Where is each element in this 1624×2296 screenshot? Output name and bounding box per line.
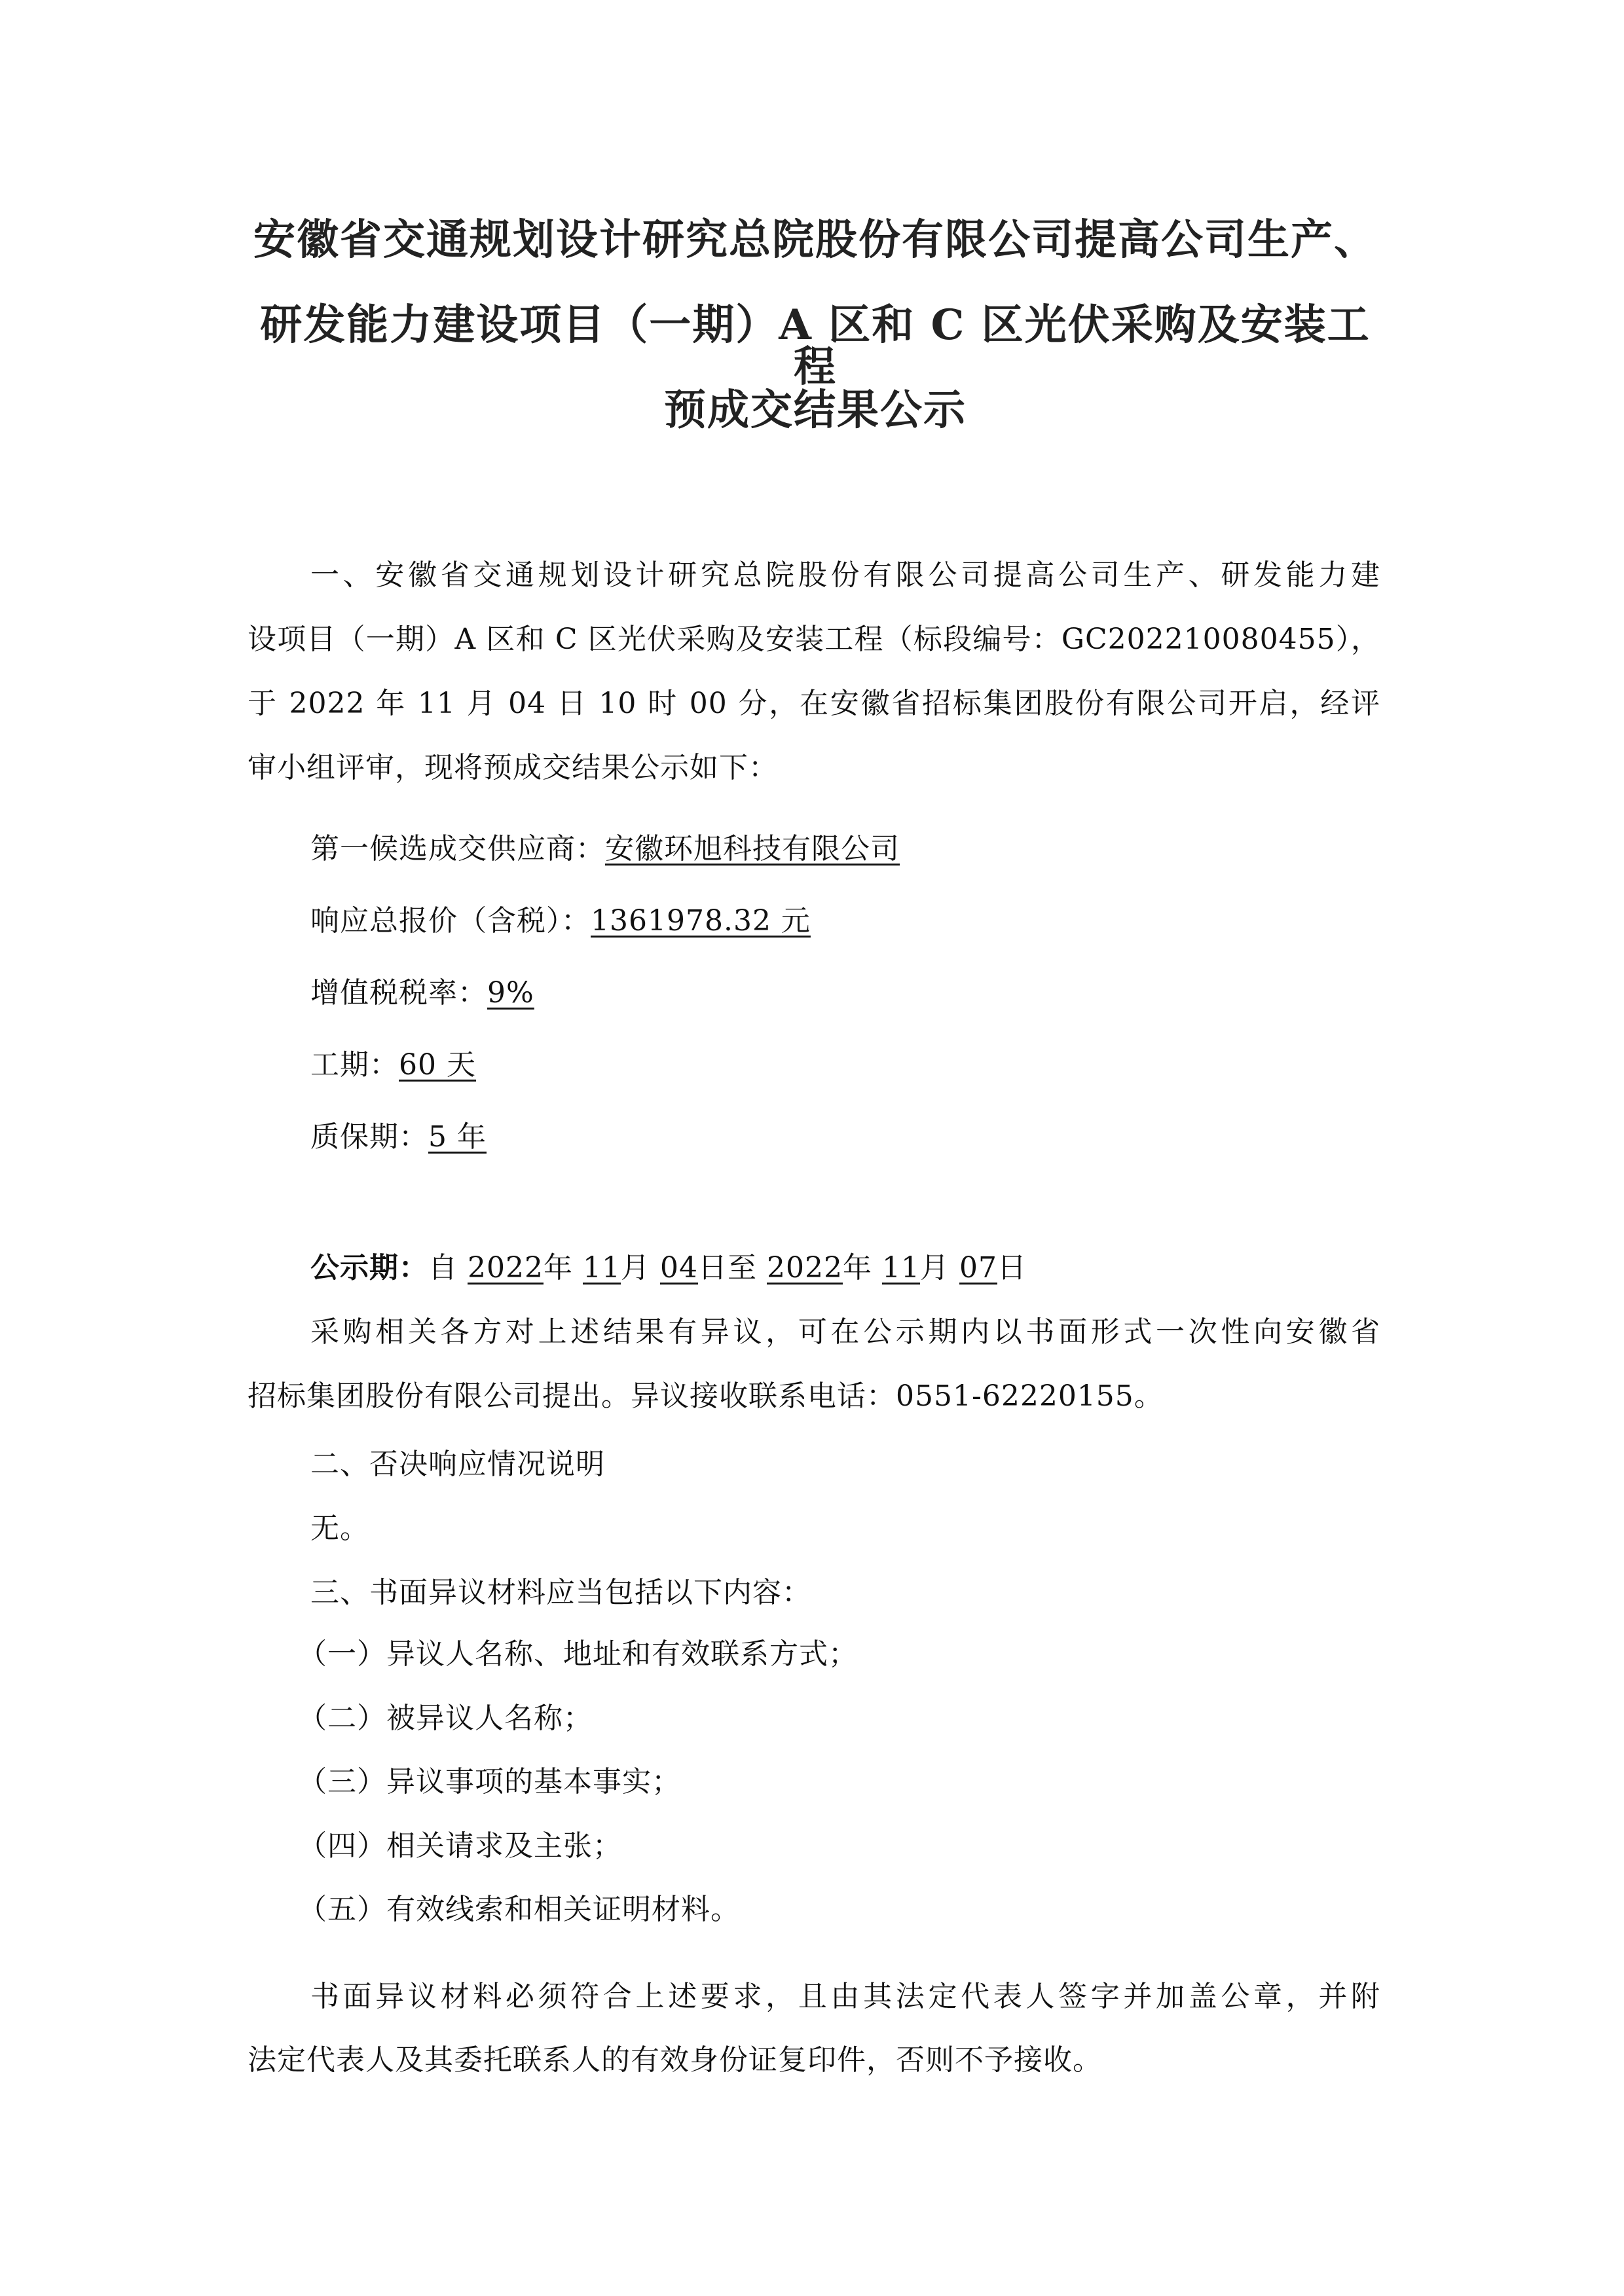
result-vat: 增值税税率：9% [310,979,1443,1008]
end-day: 07 [959,1251,997,1285]
title-line-2: 研发能力建设项目（一期）A 区和 C 区光伏采购及安装工程 [242,304,1388,388]
end-month: 11 [882,1251,920,1285]
vat-label: 增值税税率： [310,976,487,1010]
supplier-label: 第一候选成交供应商： [310,832,605,866]
closing-line-1: 书面异议材料必须符合上述要求，且由其法定代表人签字并加盖公章，并附 [310,1982,1380,2011]
section2-heading: 二、否决响应情况说明 [310,1450,1443,1479]
warranty-value: 5 年 [428,1120,487,1154]
result-supplier: 第一候选成交供应商：安徽环旭科技有限公司 [310,835,1443,864]
document-page: 安徽省交通规划设计研究总院股份有限公司提高公司生产、 研发能力建设项目（一期）A… [0,0,1624,2296]
day-word: 日 [698,1251,728,1285]
vat-value: 9% [487,976,534,1010]
supplier-value: 安徽环旭科技有限公司 [605,832,900,866]
day-word-2: 日 [997,1251,1027,1285]
notice-period-label: 公示期： [310,1251,428,1285]
section3-item-2: （二）被异议人名称； [298,1704,1431,1733]
section2-content: 无。 [310,1514,1443,1543]
section3-item-4: （四）相关请求及主张； [298,1832,1431,1861]
section3-item-5: （五）有效线索和相关证明材料。 [298,1895,1431,1924]
year-word-2: 年 [843,1251,872,1285]
result-warranty: 质保期：5 年 [310,1123,1443,1152]
section3-heading: 三、书面异议材料应当包括以下内容： [310,1578,1443,1607]
section1-line-3: 于 2022 年 11 月 04 日 10 时 00 分，在安徽省招标集团股份有… [248,689,1380,718]
warranty-label: 质保期： [310,1120,428,1154]
month-word: 月 [621,1251,650,1285]
title-line-3: 预成交结果公示 [242,390,1388,431]
start-month: 11 [583,1251,621,1285]
month-word-2: 月 [920,1251,950,1285]
start-day: 04 [660,1251,698,1285]
notice-period: 公示期：自 2022年 11月 04日至 2022年 11月 07日 [310,1254,1443,1283]
objection-line-2: 招标集团股份有限公司提出。异议接收联系电话：0551-62220155。 [248,1382,1380,1411]
section3-item-1: （一）异议人名称、地址和有效联系方式； [298,1640,1431,1669]
from-word: 自 [428,1251,458,1285]
duration-value: 60 天 [399,1048,476,1082]
to-word: 至 [728,1251,757,1285]
result-price: 响应总报价（含税）：1361978.32 元 [310,907,1443,936]
year-word: 年 [544,1251,573,1285]
price-value: 1361978.32 元 [591,904,811,938]
section3-item-3: （三）异议事项的基本事实； [298,1768,1431,1796]
section1-line-1: 一、安徽省交通规划设计研究总院股份有限公司提高公司生产、研发能力建 [310,561,1380,590]
closing-line-2: 法定代表人及其委托联系人的有效身份证复印件，否则不予接收。 [248,2046,1380,2075]
end-year: 2022 [767,1251,843,1285]
duration-label: 工期： [310,1048,399,1082]
section1-line-2: 设项目（一期）A 区和 C 区光伏采购及安装工程（标段编号：GC20221008… [248,625,1380,654]
price-label: 响应总报价（含税）： [310,904,591,938]
title-line-1: 安徽省交通规划设计研究总院股份有限公司提高公司生产、 [242,219,1388,261]
result-duration: 工期：60 天 [310,1051,1443,1080]
section1-line-4: 审小组评审，现将预成交结果公示如下： [248,754,1380,782]
objection-line-1: 采购相关各方对上述结果有异议，可在公示期内以书面形式一次性向安徽省 [310,1318,1380,1347]
start-year: 2022 [468,1251,544,1285]
